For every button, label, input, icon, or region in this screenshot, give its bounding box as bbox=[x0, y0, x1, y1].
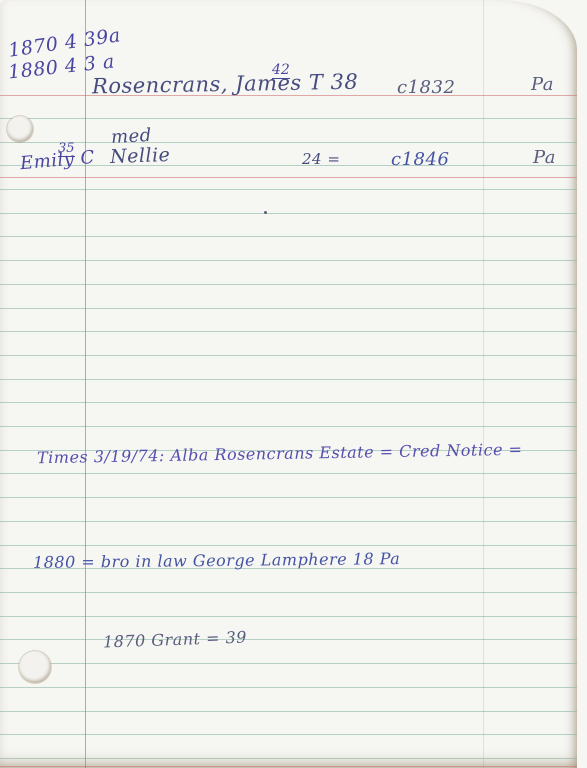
green-rule-line bbox=[0, 355, 577, 356]
scanned-document: 1870 4 39a 1880 4 3 a 42 Rosencrans, Jam… bbox=[0, 0, 587, 768]
head-name-entry: Rosencrans, James T 38 bbox=[92, 70, 359, 99]
green-rule-line bbox=[0, 663, 577, 664]
head-birth-year: c1832 bbox=[397, 77, 455, 98]
wife-birth-year: c1846 bbox=[391, 149, 449, 170]
green-rule-line bbox=[0, 734, 577, 735]
punch-hole-top bbox=[7, 116, 33, 142]
green-rule-line bbox=[0, 331, 577, 332]
green-rule-line bbox=[0, 687, 577, 688]
green-rule-line bbox=[0, 758, 577, 759]
green-rule-line bbox=[0, 284, 577, 285]
green-rule-line bbox=[0, 308, 577, 309]
punch-hole-bottom bbox=[19, 651, 51, 683]
wife-age-entry: 24 = bbox=[302, 150, 340, 168]
ink-dot bbox=[264, 211, 267, 214]
green-rule-line bbox=[0, 402, 577, 403]
right-margin-line bbox=[483, 0, 484, 768]
green-rule-line bbox=[0, 426, 577, 427]
green-rule-line bbox=[0, 521, 577, 522]
green-rule-line bbox=[0, 616, 577, 617]
head-birth-place: Pa bbox=[531, 74, 554, 95]
red-rule-line bbox=[0, 766, 577, 767]
green-rule-line bbox=[0, 260, 577, 261]
green-rule-line bbox=[0, 118, 577, 119]
green-rule-line bbox=[0, 473, 577, 474]
green-rule-line bbox=[0, 379, 577, 380]
green-rule-line bbox=[0, 142, 577, 143]
red-rule-line bbox=[0, 177, 577, 178]
green-rule-line bbox=[0, 592, 577, 593]
green-rule-line bbox=[0, 213, 577, 214]
wife-given-name: Nellie bbox=[110, 144, 171, 168]
census-1880-note: 1880 = bro in law George Lamphere 18 Pa bbox=[33, 549, 400, 572]
left-margin-line bbox=[85, 0, 86, 768]
green-rule-line bbox=[0, 711, 577, 712]
green-rule-line bbox=[0, 236, 577, 237]
green-rule-line bbox=[0, 497, 577, 498]
ruled-lines-layer bbox=[0, 0, 577, 768]
wife-birth-place: Pa bbox=[533, 147, 556, 168]
red-rule-line bbox=[0, 95, 577, 96]
green-rule-line bbox=[0, 639, 577, 640]
green-rule-line bbox=[0, 545, 577, 546]
green-rule-line bbox=[0, 189, 577, 190]
